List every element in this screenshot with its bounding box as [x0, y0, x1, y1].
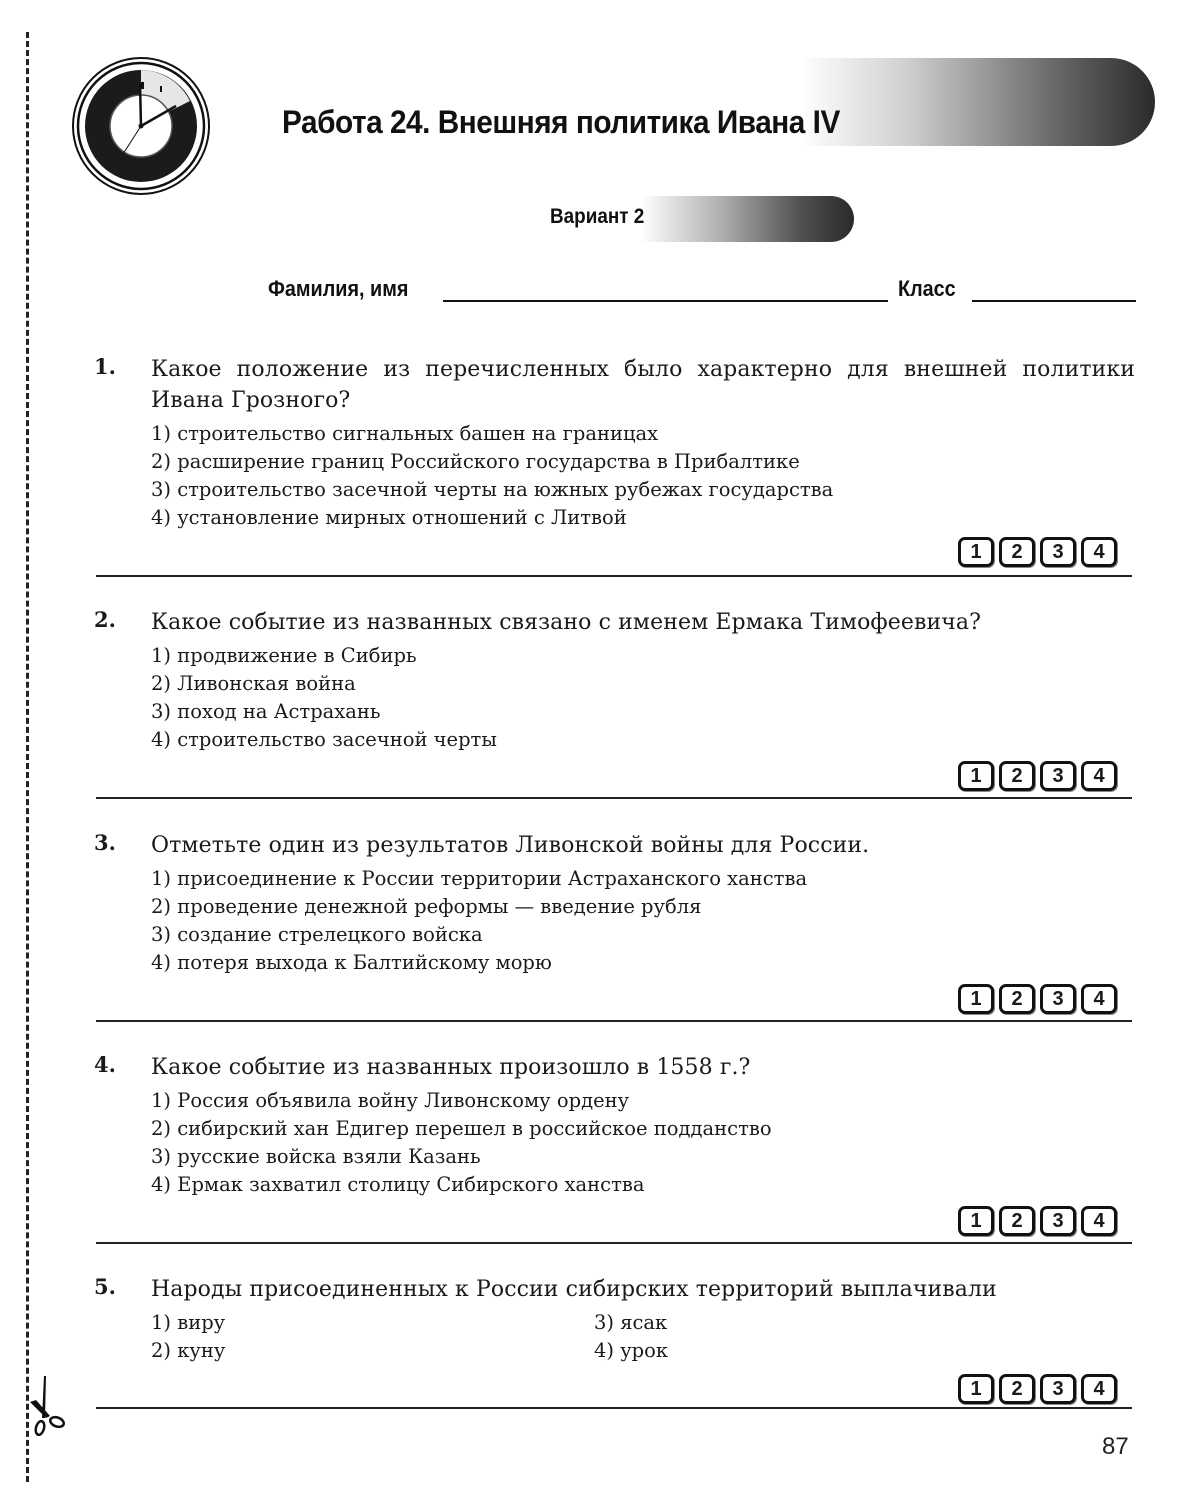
answer-box-3[interactable]: 3: [1040, 1374, 1076, 1404]
option-4: 4) строительство засечной черты: [151, 726, 497, 754]
answer-boxes: 1 2 3 4: [958, 984, 1117, 1014]
option-1: 1) виру: [151, 1309, 225, 1337]
surname-label: Фамилия, имя: [268, 276, 408, 302]
answer-box-2[interactable]: 2: [999, 761, 1035, 791]
answer-boxes: 1 2 3 4: [958, 1206, 1117, 1236]
variant-band-decoration: [640, 196, 854, 242]
title-band-decoration: [800, 58, 1155, 146]
answer-box-1[interactable]: 1: [958, 537, 994, 567]
class-label: Класс: [898, 276, 956, 302]
option-1: 1) присоединение к России территории Аст…: [151, 865, 807, 893]
option-4: 4) урок: [594, 1337, 668, 1365]
option-2: 2) Ливонская война: [151, 670, 497, 698]
options-list: 1) Россия объявила войну Ливонскому орде…: [151, 1087, 772, 1199]
clock-icon: [68, 56, 214, 196]
answer-box-2[interactable]: 2: [999, 1374, 1035, 1404]
question-text: Отметьте один из результатов Ливонской в…: [151, 830, 1135, 861]
answer-box-1[interactable]: 1: [958, 1206, 994, 1236]
divider: [96, 575, 1132, 577]
answer-box-1[interactable]: 1: [958, 761, 994, 791]
options-list: 1) присоединение к России территории Аст…: [151, 865, 807, 977]
page-number: 87: [1102, 1433, 1129, 1461]
option-3: 3) создание стрелецкого войска: [151, 921, 807, 949]
divider: [96, 797, 1132, 799]
answer-box-4[interactable]: 4: [1081, 537, 1117, 567]
question-number: 4.: [94, 1052, 116, 1077]
answer-box-4[interactable]: 4: [1081, 1374, 1117, 1404]
option-3: 3) ясак: [594, 1309, 667, 1337]
divider: [96, 1407, 1132, 1409]
option-2: 2) куну: [151, 1337, 225, 1365]
answer-box-3[interactable]: 3: [1040, 537, 1076, 567]
student-info-row: Фамилия, имя Класс: [268, 274, 1136, 308]
answer-box-1[interactable]: 1: [958, 984, 994, 1014]
divider: [96, 1020, 1132, 1022]
options-list: 1) продвижение в Сибирь 2) Ливонская вой…: [151, 642, 497, 754]
answer-box-3[interactable]: 3: [1040, 984, 1076, 1014]
option-1: 1) строительство сигнальных башен на гра…: [151, 420, 833, 448]
option-1: 1) продвижение в Сибирь: [151, 642, 497, 670]
cut-line: [26, 32, 29, 1482]
option-4: 4) потеря выхода к Балтийскому морю: [151, 949, 807, 977]
variant-label: Вариант 2: [550, 205, 644, 229]
divider: [96, 1242, 1132, 1244]
answer-box-1[interactable]: 1: [958, 1374, 994, 1404]
question-text: Какое событие из названных произошло в 1…: [151, 1052, 1135, 1083]
answer-box-4[interactable]: 4: [1081, 1206, 1117, 1236]
option-2: 2) сибирский хан Едигер перешел в россий…: [151, 1115, 772, 1143]
question-text: Какое событие из названных связано с име…: [151, 607, 1135, 638]
question-text: Какое положение из перечисленных было ха…: [151, 354, 1135, 416]
scissors-icon: [24, 1372, 72, 1436]
answer-boxes: 1 2 3 4: [958, 1374, 1117, 1404]
answer-boxes: 1 2 3 4: [958, 537, 1117, 567]
option-3: 3) русские войска взяли Казань: [151, 1143, 772, 1171]
answer-box-2[interactable]: 2: [999, 537, 1035, 567]
page-title: Работа 24. Внешняя политика Ивана IV: [282, 104, 840, 141]
option-2: 2) проведение денежной реформы — введени…: [151, 893, 807, 921]
options-list: 1) строительство сигнальных башен на гра…: [151, 420, 833, 532]
class-field[interactable]: [972, 300, 1136, 302]
option-4: 4) Ермак захватил столицу Сибирского хан…: [151, 1171, 772, 1199]
answer-box-4[interactable]: 4: [1081, 984, 1117, 1014]
surname-field[interactable]: [443, 300, 888, 302]
option-3: 3) строительство засечной черты на южных…: [151, 476, 833, 504]
option-2: 2) расширение границ Российского государ…: [151, 448, 833, 476]
question-number: 1.: [94, 354, 116, 379]
answer-boxes: 1 2 3 4: [958, 761, 1117, 791]
answer-box-3[interactable]: 3: [1040, 761, 1076, 791]
option-4: 4) установление мирных отношений с Литво…: [151, 504, 833, 532]
question-number: 5.: [94, 1274, 116, 1299]
question-text: Народы присоединенных к России сибирских…: [151, 1274, 1135, 1305]
option-1: 1) Россия объявила войну Ливонскому орде…: [151, 1087, 772, 1115]
question-number: 2.: [94, 607, 116, 632]
option-3: 3) поход на Астрахань: [151, 698, 497, 726]
answer-box-2[interactable]: 2: [999, 984, 1035, 1014]
question-number: 3.: [94, 830, 116, 855]
answer-box-2[interactable]: 2: [999, 1206, 1035, 1236]
answer-box-3[interactable]: 3: [1040, 1206, 1076, 1236]
answer-box-4[interactable]: 4: [1081, 761, 1117, 791]
